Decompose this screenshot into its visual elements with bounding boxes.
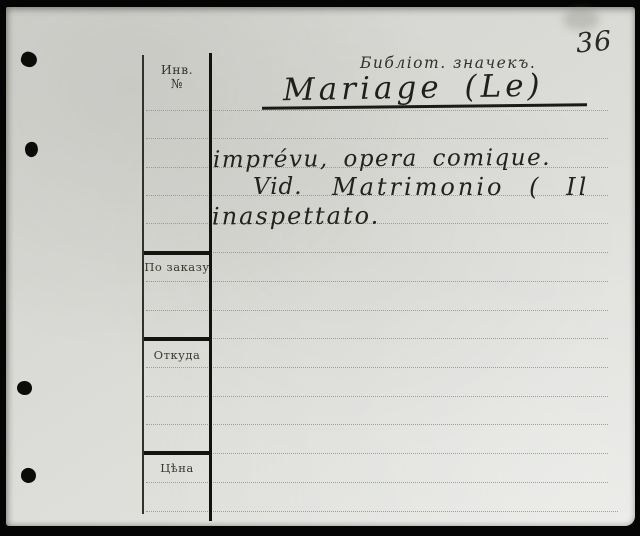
inventory-label-line1: Инв. (144, 63, 210, 77)
column-divider (209, 53, 212, 521)
handwritten-line-3: inaspettato. (212, 204, 380, 229)
handwritten-page-number: 36 (575, 25, 614, 59)
section-rule (143, 337, 212, 341)
section-label-tsena: Цѣна (144, 461, 210, 475)
section-rule (143, 251, 212, 255)
ruled-line (146, 511, 618, 512)
handwritten-line-1: imprévu, opera comique. (213, 147, 551, 172)
scan-frame: Инв. № По заказу Откуда Цѣна Библіот. зн… (0, 0, 640, 536)
section-rule (143, 451, 212, 455)
ruled-line (146, 138, 608, 139)
ruled-line (146, 310, 608, 311)
ruled-line (146, 424, 608, 425)
handwritten-line-2: Matrimonio ( Il (332, 175, 589, 199)
ruled-line (146, 453, 608, 454)
ruled-line (146, 367, 608, 368)
ruled-line (146, 252, 608, 253)
handwritten-title: Mariage (Le) (283, 71, 544, 107)
ruled-line (146, 281, 608, 282)
inventory-label-line2: № (144, 77, 210, 91)
ruled-line (146, 338, 608, 339)
ruled-line (146, 110, 608, 111)
punch-hole (17, 381, 32, 395)
inventory-number-label: Инв. № (144, 63, 210, 91)
label-column-left-border (142, 55, 144, 514)
handwritten-line-2-prefix: Vid. (253, 176, 303, 199)
section-label-po-zakazu: По заказу (144, 260, 210, 274)
ruled-line (146, 482, 608, 483)
ruled-line (146, 396, 608, 397)
section-label-otkuda: Откуда (144, 348, 210, 362)
